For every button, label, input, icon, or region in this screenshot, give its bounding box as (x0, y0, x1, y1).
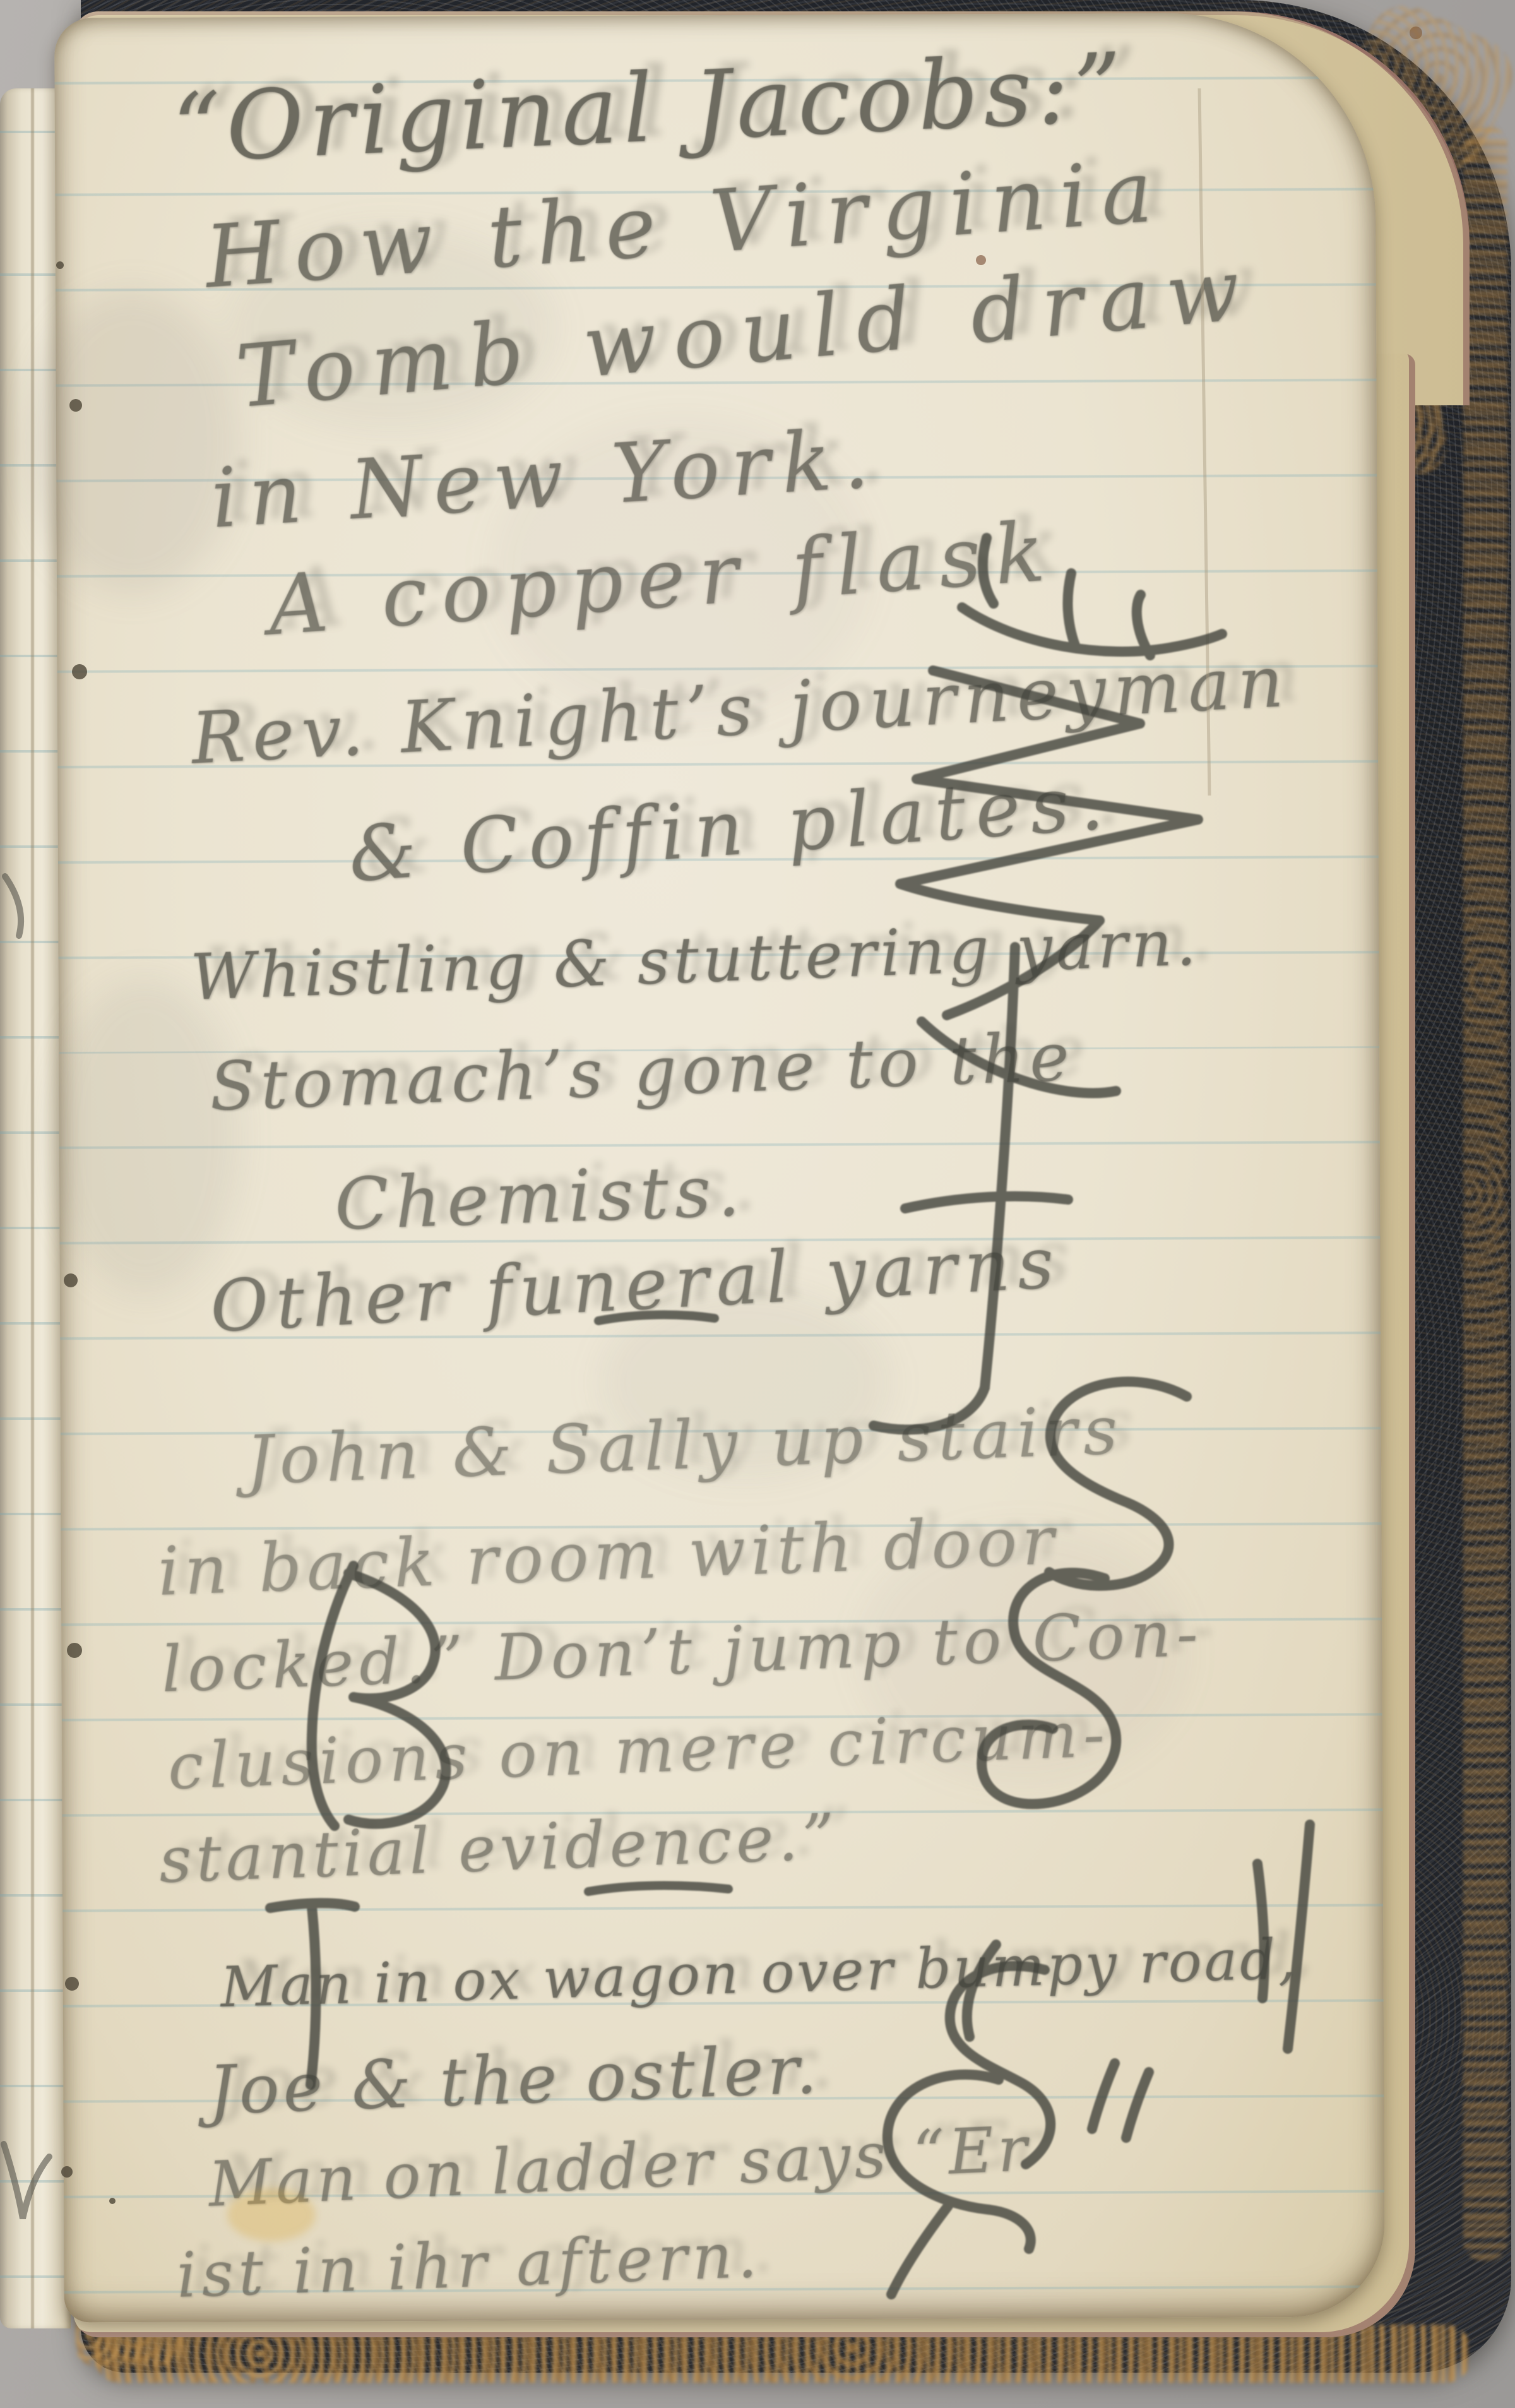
margin-v-mark (4, 2144, 49, 2219)
pencil-marks-overlay (0, 0, 1515, 2408)
strike-f-crossbar (905, 1196, 1068, 1208)
strike-paren (967, 1945, 996, 2037)
strike-zigzag (900, 671, 1198, 921)
strike-arc (922, 1022, 1116, 1093)
strike-vertical-2 (1067, 573, 1075, 645)
strike-quote-ticks (1092, 2063, 1149, 2138)
strike-vertical-1 (983, 538, 994, 604)
strike-r-leg (891, 2206, 948, 2294)
margin-curl-mark (5, 876, 21, 936)
strike-b-loops (348, 1573, 446, 1824)
strike-tall-2 (1257, 1864, 1264, 1998)
strike-sweep (962, 607, 1222, 652)
paper-crease (1199, 88, 1209, 796)
separator-dash-2 (588, 1885, 728, 1892)
left-margin-marks (4, 876, 49, 2219)
strike-f-vertical (985, 947, 1015, 1388)
strike-zigzag-tail (947, 921, 1100, 1015)
notebook-photo: “Original Jacobs:” How the Virginia Tomb… (0, 0, 1515, 2408)
strike-b-vertical (312, 1566, 353, 1826)
strike-tall-1 (1288, 1825, 1310, 2049)
strike-f-curl (874, 1388, 985, 1429)
strike-r-loop (888, 2075, 1031, 2249)
strike-i-vertical (311, 1907, 316, 2085)
